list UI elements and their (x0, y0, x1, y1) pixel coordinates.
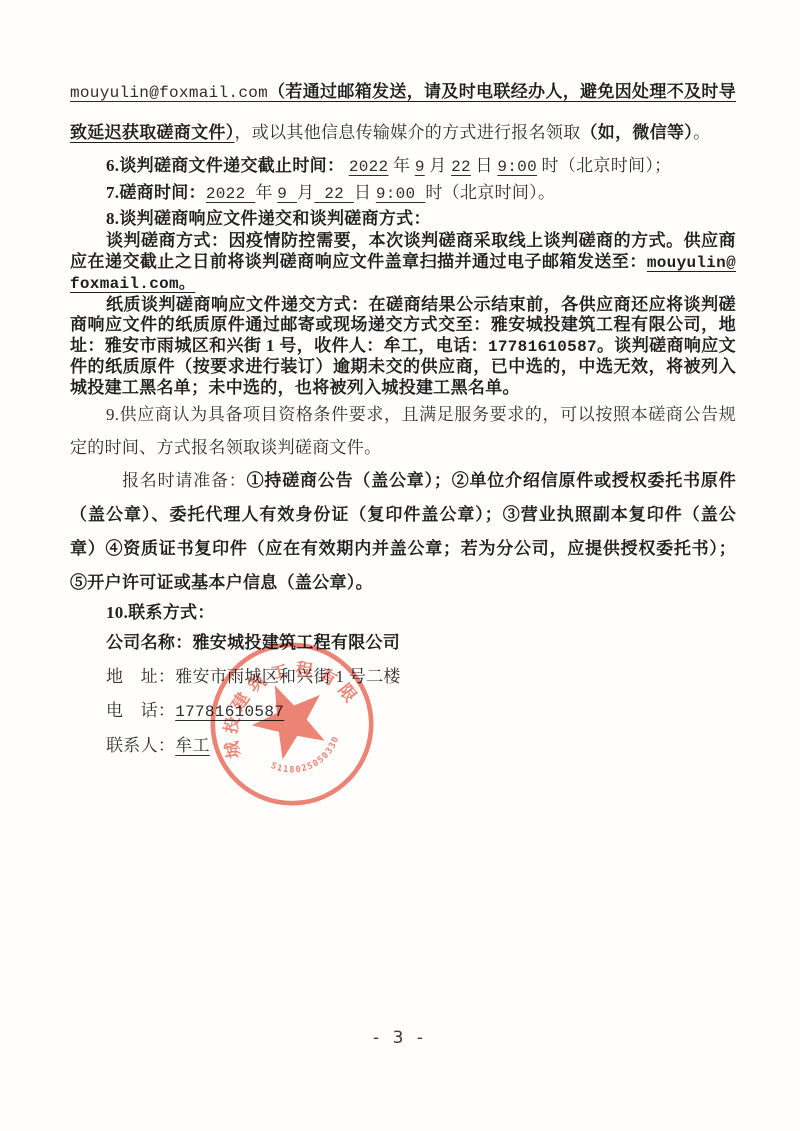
document-body: mouyulin@foxmail.com（若通过邮箱发送，请及时电联经办人，避免… (70, 72, 736, 763)
block-item-8-heading: 8.谈判磋商响应文件递交和谈判磋商方式： (70, 207, 736, 231)
page-number: - 3 - (0, 1028, 800, 1048)
text-run: 时（北京时间）； (537, 156, 671, 175)
text-run: 谈判磋商方式：因疫情防控需要，本次谈判磋商采取线上谈判磋商的方式。供应商应在递交… (70, 231, 736, 271)
block-item-8-para-paper: 纸质谈判磋商响应文件递交方式：在磋商结果公示结束前，各供应商还应将谈判磋商响应文… (70, 295, 736, 399)
text-run: 日 (354, 183, 376, 202)
text-run: 17781610587 (488, 338, 597, 356)
text-run: 年 (388, 156, 414, 175)
text-run: 时（北京时间）。 (425, 183, 555, 202)
text-run: 日 (471, 156, 497, 175)
text-run: 10.联系方式： (106, 603, 215, 622)
block-item-9: 9.供应商认为具备项目资格条件要求，且满足服务要求的，可以按照本磋商公告规定的时… (70, 398, 736, 464)
text-run: 报名时请准备： (122, 471, 247, 490)
text-run: 公司名称：雅安城投建筑工程有限公司 (106, 633, 400, 652)
text-run: 月 (425, 156, 451, 175)
text-run: 月 (297, 183, 314, 202)
text-run: 9:00 (497, 158, 537, 176)
text-run: 22 (314, 185, 354, 203)
block-item-10-heading: 10.联系方式： (70, 600, 736, 626)
text-run: 。 (693, 123, 710, 142)
block-contact-address: 地 址：雅安市雨城区和兴街 1 号二楼 (70, 660, 736, 694)
text-run: 6.谈判磋商文件递交截止时间： (106, 156, 344, 175)
block-contact-phone: 电 话：17781610587 (70, 694, 736, 729)
text-run: 电 话： (106, 701, 175, 720)
text-run: 联系人： (106, 736, 175, 755)
text-run: （如，微信等） (581, 123, 694, 142)
text-run: 8.谈判磋商响应文件递交和谈判磋商方式： (106, 209, 431, 228)
text-run: 9 (415, 158, 425, 176)
block-item-8-para-online: 谈判磋商方式：因疫情防控需要，本次谈判磋商采取线上谈判磋商的方式。供应商应在递交… (70, 231, 736, 295)
block-contact-person: 联系人：牟工 (70, 729, 736, 763)
document-page: mouyulin@foxmail.com（若通过邮箱发送，请及时电联经办人，避免… (0, 0, 800, 1131)
text-run: mouyulin@foxmail.com (70, 84, 268, 102)
text-run: 牟工 (175, 736, 210, 755)
text-run: 22 (451, 158, 471, 176)
text-run: 2022 (349, 158, 389, 176)
text-run: ，或以其他信息传输媒介的方式进行报名领取 (235, 123, 581, 142)
text-run: 年 (255, 183, 277, 202)
text-run: 17781610587 (175, 703, 284, 721)
block-item-6: 6.谈判磋商文件递交截止时间： 2022 年 9 月 22 日 9:00 时（北… (70, 153, 736, 180)
block-item-7: 7.磋商时间：2022 年 9 月 22 日 9:00 时（北京时间）。 (70, 180, 736, 207)
text-run: 地 址：雅安市雨城区和兴街 1 号二楼 (106, 667, 401, 686)
block-contact-company: 公司名称：雅安城投建筑工程有限公司 (70, 626, 736, 660)
text-run: 9 (277, 185, 297, 203)
text-run: 2022 (206, 185, 256, 203)
block-email-note: mouyulin@foxmail.com（若通过邮箱发送，请及时电联经办人，避免… (70, 72, 736, 153)
text-run: 9:00 (376, 185, 426, 203)
text-run: 7.磋商时间： (106, 183, 206, 202)
block-registration-checklist: 报名时请准备：①持磋商公告（盖公章）；②单位介绍信原件或授权委托书原件（盖公章）… (70, 464, 736, 600)
text-run: 9.供应商认为具备项目资格条件要求，且满足服务要求的，可以按照本磋商公告规定的时… (70, 405, 736, 457)
